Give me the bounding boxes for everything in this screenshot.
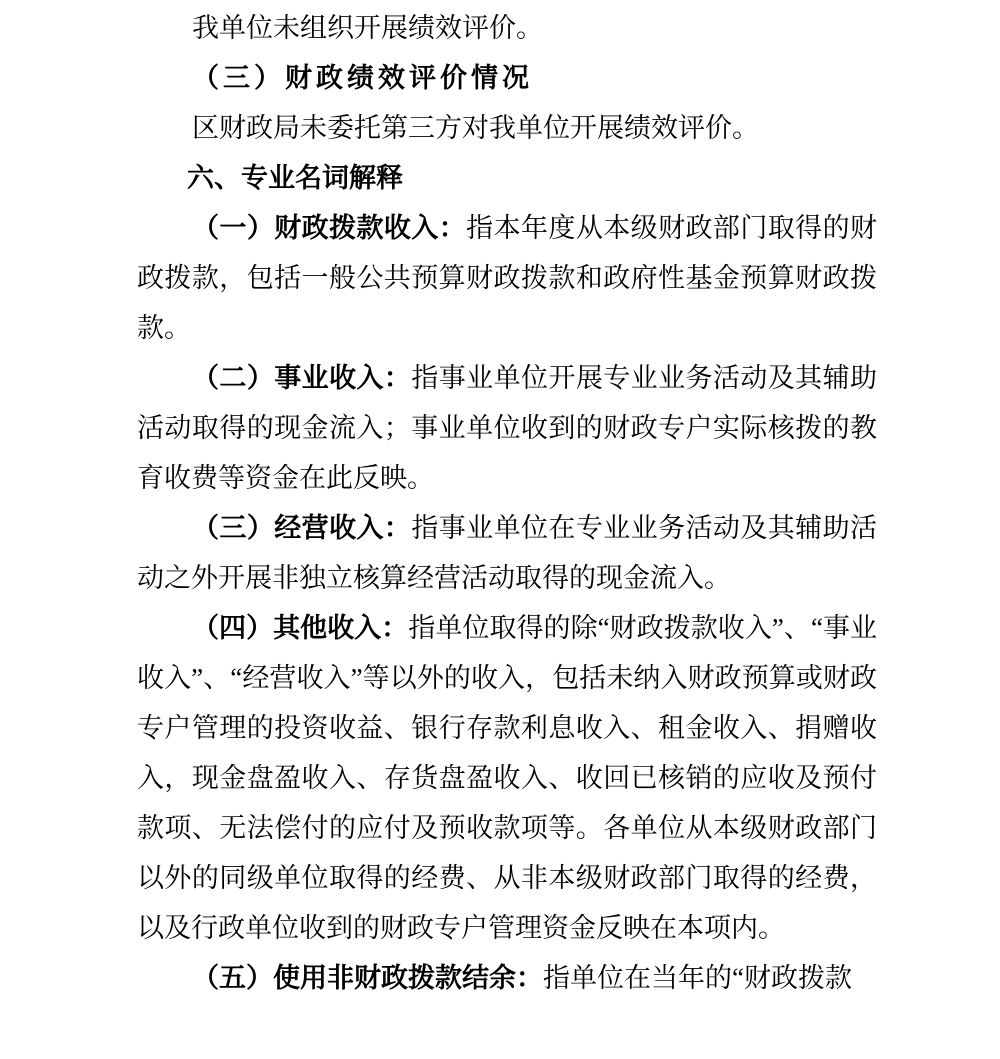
term-definition-3: （三）经营收入：指事业单位在专业业务活动及其辅助活动之外开展非独立核算经营活动取…: [137, 503, 877, 603]
document-page: 我单位未组织开展绩效评价。 （三）财政绩效评价情况 区财政局未委托第三方对我单位…: [137, 3, 877, 1003]
term-1-title: （一）财政拨款收入：: [192, 213, 466, 243]
heading-section-6: 六、专业名词解释: [137, 153, 877, 203]
term-4-title: （四）其他收入：: [192, 613, 408, 643]
paragraph-third-party-evaluation: 区财政局未委托第三方对我单位开展绩效评价。: [137, 103, 877, 153]
term-3-title: （三）经营收入：: [192, 513, 411, 543]
term-definition-2: （二）事业收入：指事业单位开展专业业务活动及其辅助活动取得的现金流入；事业单位收…: [137, 353, 877, 503]
term-definition-5: （五）使用非财政拨款结余：指单位在当年的“财政拨款: [137, 953, 877, 1003]
paragraph-unit-evaluation: 我单位未组织开展绩效评价。: [137, 3, 877, 53]
term-definition-1: （一）财政拨款收入：指本年度从本级财政部门取得的财政拨款，包括一般公共预算财政拨…: [137, 203, 877, 353]
term-5-title: （五）使用非财政拨款结余：: [192, 963, 543, 993]
term-definition-4: （四）其他收入：指单位取得的除“财政拨款收入”、“事业收入”、“经营收入”等以外…: [137, 603, 877, 953]
heading-section-3: （三）财政绩效评价情况: [137, 53, 877, 103]
term-5-body: 指单位在当年的“财政拨款: [543, 963, 852, 993]
term-4-body: 指单位取得的除“财政拨款收入”、“事业收入”、“经营收入”等以外的收入，包括未纳…: [137, 613, 877, 943]
term-2-title: （二）事业收入：: [192, 363, 411, 393]
